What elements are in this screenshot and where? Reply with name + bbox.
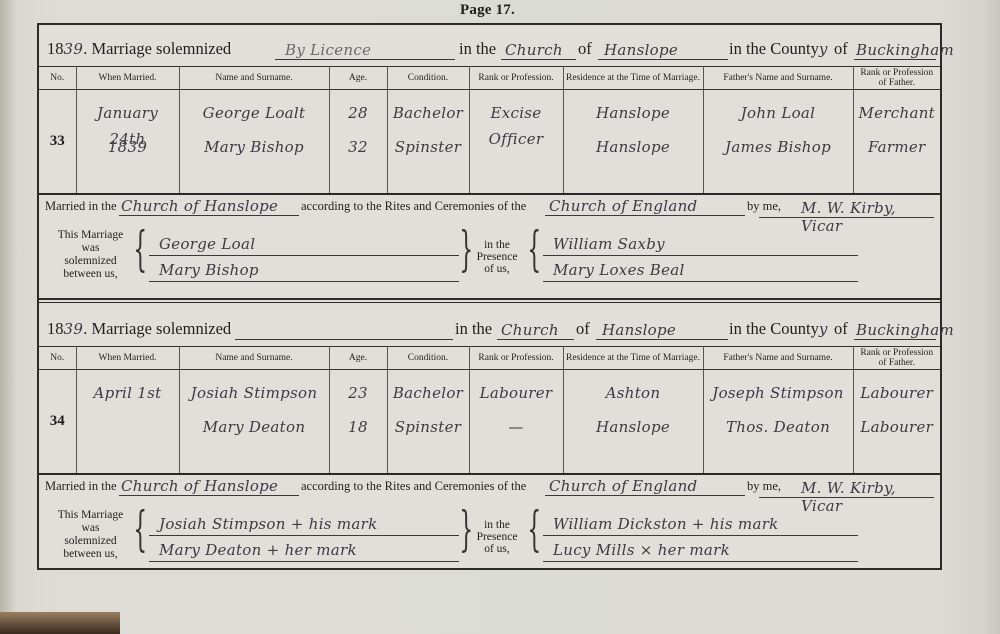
witness-signature: William Saxby [543, 231, 858, 256]
signatures-block: M. W. Kirby, Vicar This Marriage was sol… [39, 221, 940, 291]
church-type: Church [501, 321, 559, 339]
year-suffix: 39 [64, 40, 84, 58]
parish: Hanslope [604, 41, 678, 59]
married-in: Church of Hanslope [121, 197, 278, 215]
book-edge [0, 612, 120, 634]
party-signature: Mary Deaton + her mark [149, 537, 459, 562]
officiant-signature: M. W. Kirby, Vicar [801, 479, 940, 515]
witness-signature: Mary Loxes Beal [543, 257, 858, 282]
church-type: Church [505, 41, 563, 59]
when-married: April 1st [76, 370, 179, 475]
witness-signature: William Dickston + his mark [543, 511, 858, 536]
rites: Church of England [549, 477, 697, 495]
married-in: Church of Hanslope [121, 477, 278, 495]
when-married: January 24th1839 [76, 90, 179, 195]
conditions: BachelorSpinster [387, 370, 469, 475]
header-rank: Rank or Profession. [469, 347, 563, 370]
header-name: Name and Surname. [179, 347, 329, 370]
header-when-married: When Married. [76, 347, 179, 370]
page-number: Page 17. [460, 2, 515, 19]
between-us-label: This Marriage was solemnized between us, [43, 509, 138, 561]
residences: AshtonHanslope [563, 370, 703, 475]
entry-table: No. When Married. Name and Surname. Age.… [39, 66, 940, 195]
header-no: No. [39, 347, 76, 370]
witness-brace: { [527, 505, 541, 553]
entry-title-line: 1839. Marriage solemnized in the Church … [39, 315, 940, 345]
conditions: BachelorSpinster [387, 90, 469, 195]
header-age: Age. [329, 347, 387, 370]
marriage-entry-34: 1839. Marriage solemnized in the Church … [39, 305, 940, 568]
presence-label: in the Presence of us, [467, 519, 527, 555]
residences: HanslopeHanslope [563, 90, 703, 195]
entry-divider [39, 298, 940, 303]
year-suffix: 39 [64, 320, 84, 338]
officiant-signature: M. W. Kirby, Vicar [801, 199, 940, 235]
book-spine [0, 0, 14, 634]
header-age: Age. [329, 67, 387, 90]
entry-title-line: 1839. Marriage solemnized By Licence in … [39, 35, 940, 65]
between-us-label: This Marriage was solemnized between us, [43, 229, 138, 281]
father-ranks: MerchantFarmer [853, 90, 940, 195]
header-when-married: When Married. [76, 67, 179, 90]
header-condition: Condition. [387, 67, 469, 90]
marriage-entry-33: 1839. Marriage solemnized By Licence in … [39, 25, 940, 299]
ages: 2318 [329, 370, 387, 475]
rites: Church of England [549, 197, 697, 215]
party-signature: Mary Bishop [149, 257, 459, 282]
register-page: Page 17. 1839. Marriage solemnized By Li… [0, 0, 1000, 634]
register-frame: 1839. Marriage solemnized By Licence in … [37, 23, 942, 570]
table-row: 33 January 24th1839 George LoaltMary Bis… [39, 90, 940, 195]
witness-signature: Lucy Mills × her mark [543, 537, 858, 562]
witness-brace: { [527, 225, 541, 273]
signatures-block: M. W. Kirby, Vicar This Marriage was sol… [39, 501, 940, 571]
left-brace: { [133, 505, 147, 553]
entry-table: No. When Married. Name and Surname. Age.… [39, 346, 940, 475]
header-name: Name and Surname. [179, 67, 329, 90]
header-condition: Condition. [387, 347, 469, 370]
left-brace: { [133, 225, 147, 273]
party-signature: George Loal [149, 231, 459, 256]
entry-number: 34 [39, 370, 76, 475]
ages: 2832 [329, 90, 387, 195]
header-father-rank: Rank or Profession of Father. [853, 67, 940, 90]
presence-label: in the Presence of us, [467, 239, 527, 275]
party-signature: Josiah Stimpson + his mark [149, 511, 459, 536]
table-row: 34 April 1st Josiah StimpsonMary Deaton … [39, 370, 940, 475]
entry-number: 33 [39, 90, 76, 195]
county: Buckingham [856, 321, 954, 339]
county: Buckingham [856, 41, 954, 59]
header-residence: Residence at the Time of Marriage. [563, 67, 703, 90]
header-residence: Residence at the Time of Marriage. [563, 347, 703, 370]
header-father-name: Father's Name and Surname. [703, 67, 853, 90]
solemnized-by: By Licence [285, 41, 371, 59]
father-ranks: LabourerLabourer [853, 370, 940, 475]
header-father-rank: Rank or Profession of Father. [853, 347, 940, 370]
parish: Hanslope [602, 321, 676, 339]
father-names: John LoalJames Bishop [703, 90, 853, 195]
names: George LoaltMary Bishop [179, 90, 329, 195]
ranks: Excise Officer [469, 90, 563, 195]
header-rank: Rank or Profession. [469, 67, 563, 90]
header-no: No. [39, 67, 76, 90]
father-names: Joseph StimpsonThos. Deaton [703, 370, 853, 475]
header-father-name: Father's Name and Surname. [703, 347, 853, 370]
names: Josiah StimpsonMary Deaton [179, 370, 329, 475]
ranks: Labourer— [469, 370, 563, 475]
